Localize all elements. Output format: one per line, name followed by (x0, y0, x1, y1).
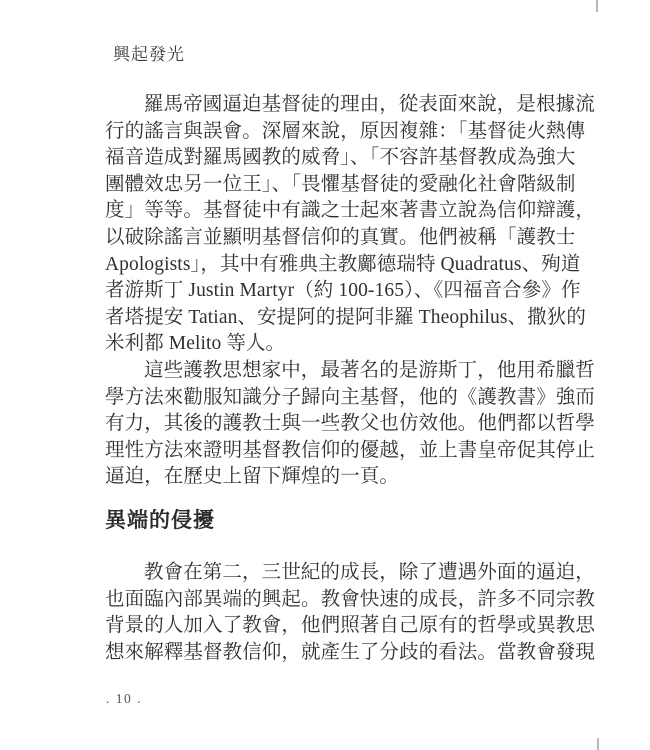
body-line: 行的謠言與誤會。深層來說，原因複雜：「基督徒火熱傳 (105, 119, 558, 146)
body-line: 教會在第二，三世紀的成長，除了遭遇外面的逼迫， (105, 560, 558, 587)
book-page: 興起發光 羅馬帝國逼迫基督徒的理由，從表面來說，是根據流 行的謠言與誤會。深層來… (0, 0, 650, 750)
body-line: 理性方法來證明基督教信仰的優越，並上書皇帝促其停止 (105, 438, 558, 465)
body-line: 度」等等。基督徒中有識之士起來著書立說為信仰辯護， (105, 198, 558, 225)
paragraphs-1-2: 羅馬帝國逼迫基督徒的理由，從表面來說，是根據流 行的謠言與誤會。深層來說，原因複… (105, 92, 558, 491)
body-line: 者塔提安 Tatian、安提阿的提阿非羅 Theophilus、撒狄的 (105, 305, 558, 332)
body-line: 也面臨內部異端的興起。教會快速的成長，許多不同宗教 (105, 587, 558, 614)
body-line: 學方法來勸服知識分子歸向主基督，他的《護教書》強而 (105, 385, 558, 412)
body-line: 這些護教思想家中，最著名的是游斯丁，他用希臘哲 (105, 358, 558, 385)
paragraph-3: 教會在第二，三世紀的成長，除了遭遇外面的逼迫， 也面臨內部異端的興起。教會快速的… (105, 560, 558, 666)
body-line: 團體效忠另一位王」、「畏懼基督徒的愛融化社會階級制 (105, 172, 558, 199)
body-line: 想來解釋基督教信仰，就產生了分歧的看法。當教會發現 (105, 640, 558, 667)
crop-mark-top (596, 0, 598, 12)
body-line: 福音造成對羅馬國教的威脅」、「不容許基督教成為強大 (105, 145, 558, 172)
crop-mark-bottom (597, 738, 599, 750)
body-line: 米利都 Melito 等人。 (105, 331, 558, 358)
page-number: . 10 . (106, 691, 142, 707)
section-heading: 異端的侵擾 (105, 504, 215, 534)
body-line: 羅馬帝國逼迫基督徒的理由，從表面來說，是根據流 (105, 92, 558, 119)
body-line: 者游斯丁 Justin Martyr（約 100-165）、《四福音合參》作 (105, 278, 558, 305)
body-line: 有力，其後的護教士與一些教父也仿效他。他們都以哲學 (105, 411, 558, 438)
body-line: 背景的人加入了教會，他們照著自己原有的哲學或異教思 (105, 613, 558, 640)
body-line: Apologists」，其中有雅典主教鄺德瑞特 Quadratus、殉道 (105, 252, 558, 279)
body-line: 以破除謠言並顯明基督信仰的真實。他們被稱「護教士 (105, 225, 558, 252)
running-header: 興起發光 (113, 40, 185, 65)
body-line: 逼迫，在歷史上留下輝煌的一頁。 (105, 464, 558, 491)
